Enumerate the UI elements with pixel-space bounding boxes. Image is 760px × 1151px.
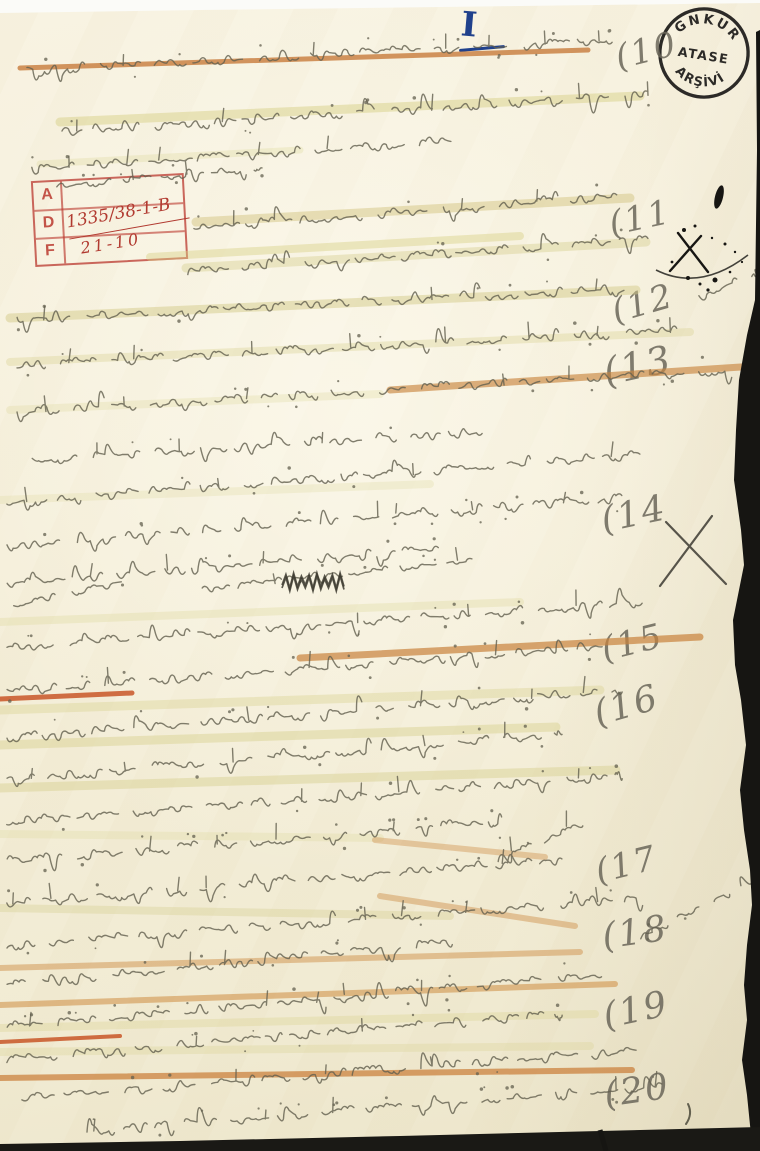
stamp-text-middle: ATASE xyxy=(677,45,730,68)
page-numeral: I xyxy=(460,7,479,42)
scanned-document-page: I GNKUR ATASE ARŞİVİ A D F 1335/38-1-B 2… xyxy=(0,0,760,1151)
paper-sheet xyxy=(0,0,760,1151)
catalog-reference-2: 21-10 xyxy=(79,229,142,257)
catalog-row-label-a: A xyxy=(33,182,61,209)
catalog-row-label-d: D xyxy=(34,210,62,237)
catalog-reference: 1335/38-1-B xyxy=(65,195,172,233)
catalog-row-label-f: F xyxy=(36,237,64,264)
margin-item-number: (18 xyxy=(600,911,670,956)
catalog-stamp: A D F 1335/38-1-B 21-10 xyxy=(31,173,188,267)
margin-item-number: (20 xyxy=(602,1069,672,1114)
